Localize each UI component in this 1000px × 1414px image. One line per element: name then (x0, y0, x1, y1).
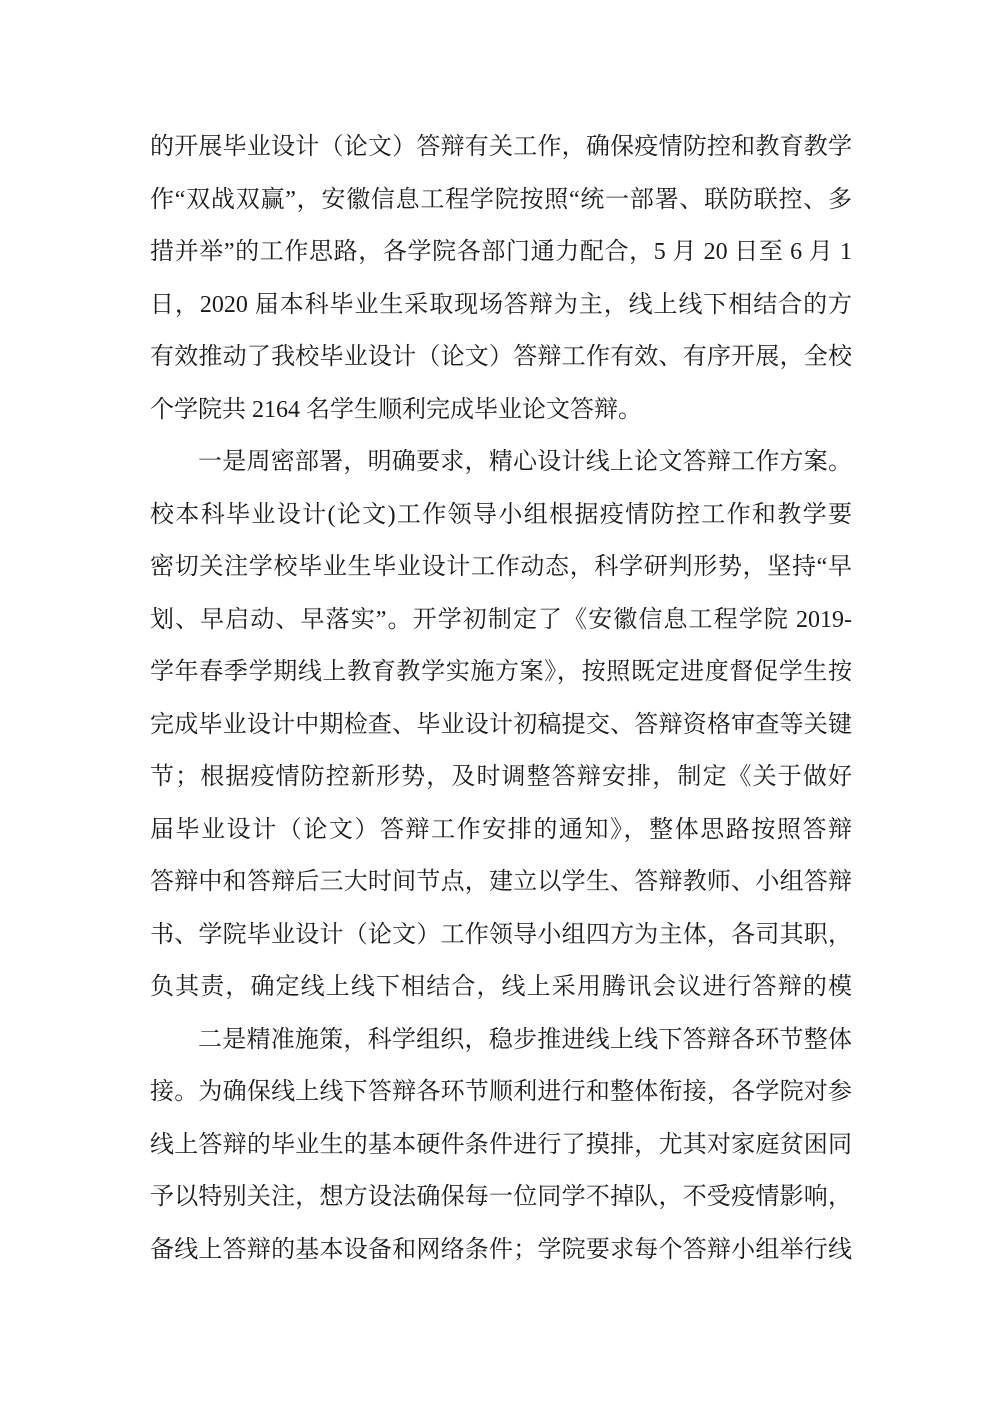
text-line: 书、学院毕业设计（论文）工作领导小组四方为主体，各司其职，各 (150, 909, 852, 962)
text-line: 措并举”的工作思路，各学院各部门通力配合，5 月 20 日至 6 月 1 (150, 226, 852, 279)
text-line: 日，2020 届本科毕业生采取现场答辩为主，线上线下相结合的方式， (150, 279, 852, 332)
text-line: 密切关注学校毕业生毕业设计工作动态，科学研判形势，坚持“早筹 (150, 541, 852, 594)
text-line: 有效推动了我校毕业设计（论文）答辩工作有效、有序开展，全校 6 (150, 331, 852, 384)
text-line: 完成毕业设计中期检查、毕业设计初稿提交、答辩资格审查等关键环 (150, 699, 852, 752)
text-line: 负其责，确定线上线下相结合，线上采用腾讯会议进行答辩的模式。 (150, 961, 852, 1014)
text-line: 划、早启动、早落实”。开学初制定了《安徽信息工程学院 2019-2020 (150, 594, 852, 647)
paragraph-2: 一是周密部署，明确要求，精心设计线上论文答辩工作方案。我 校本科毕业设计(论文)… (150, 436, 852, 1014)
text-line: 校本科毕业设计(论文)工作领导小组根据疫情防控工作和教学要求， (150, 489, 852, 542)
paragraph-1: 的开展毕业设计（论文）答辩有关工作，确保疫情防控和教育教学工 作“双战双赢”，安… (150, 121, 852, 436)
text-line: 线上答辩的毕业生的基本硬件条件进行了摸排，尤其对家庭贫困同学 (150, 1119, 852, 1172)
text-line: 学年春季学期线上教育教学实施方案》，按照既定进度督促学生按时 (150, 646, 852, 699)
text-line: 作“双战双赢”，安徽信息工程学院按照“统一部署、联防联控、多 (150, 174, 852, 227)
text-line: 予以特别关注，想方设法确保每一位同学不掉队，不受疫情影响，具 (150, 1171, 852, 1224)
text-line: 个学院共 2164 名学生顺利完成毕业论文答辩。 (150, 384, 852, 437)
paragraph-3: 二是精准施策，科学组织，稳步推进线上线下答辩各环节整体衔 接。为确保线上线下答辩… (150, 1014, 852, 1277)
text-line: 一是周密部署，明确要求，精心设计线上论文答辩工作方案。我 (150, 436, 852, 489)
text-line: 二是精准施策，科学组织，稳步推进线上线下答辩各环节整体衔 (150, 1014, 852, 1067)
text-line: 节；根据疫情防控新形势，及时调整答辩安排，制定《关于做好 2020 (150, 751, 852, 804)
text-line: 备线上答辩的基本设备和网络条件；学院要求每个答辩小组举行线上 (150, 1224, 852, 1277)
text-line: 接。为确保线上线下答辩各环节顺利进行和整体衔接，各学院对参加 (150, 1066, 852, 1119)
text-line: 答辩中和答辩后三大时间节点，建立以学生、答辩教师、小组答辩秘 (150, 856, 852, 909)
document-page: 的开展毕业设计（论文）答辩有关工作，确保疫情防控和教育教学工 作“双战双赢”，安… (0, 0, 1000, 1414)
text-line: 的开展毕业设计（论文）答辩有关工作，确保疫情防控和教育教学工 (150, 121, 852, 174)
text-line: 届毕业设计（论文）答辩工作安排的通知》，整体思路按照答辩前、 (150, 804, 852, 857)
